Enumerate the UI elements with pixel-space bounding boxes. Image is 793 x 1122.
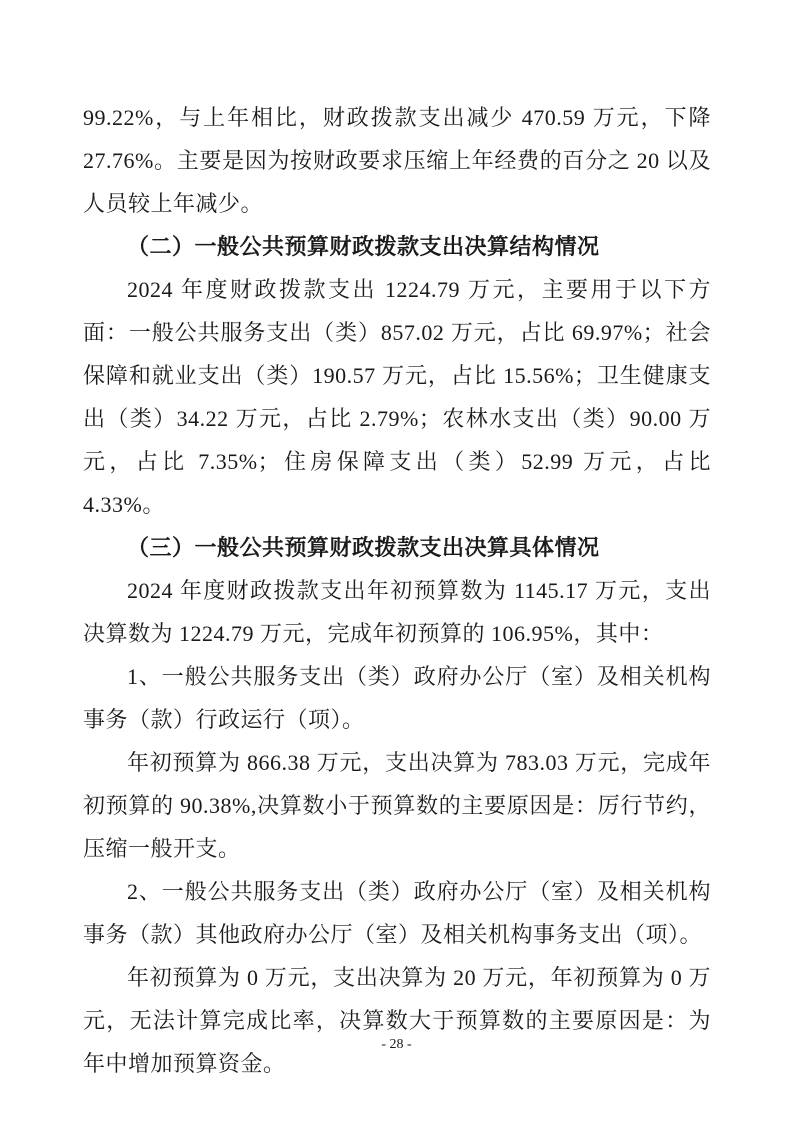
section-heading-3: （三）一般公共预算财政拨款支出决算具体情况: [83, 526, 711, 569]
paragraph-item-1-title: 1、一般公共服务支出（类）政府办公厅（室）及相关机构事务（款）行政运行（项）。: [83, 655, 711, 741]
document-page: 99.22%，与上年相比，财政拨款支出减少 470.59 万元，下降 27.76…: [0, 0, 793, 1122]
page-number: - 28 -: [0, 1035, 793, 1055]
paragraph-expenditure-structure: 2024 年度财政拨款支出 1224.79 万元，主要用于以下方面：一般公共服务…: [83, 268, 711, 526]
section-heading-2: （二）一般公共预算财政拨款支出决算结构情况: [83, 225, 711, 268]
paragraph-item-2-title: 2、一般公共服务支出（类）政府办公厅（室）及相关机构事务（款）其他政府办公厅（室…: [83, 870, 711, 956]
paragraph-continuation: 99.22%，与上年相比，财政拨款支出减少 470.59 万元，下降 27.76…: [83, 96, 711, 225]
paragraph-item-1-detail: 年初预算为 866.38 万元，支出决算为 783.03 万元，完成年初预算的 …: [83, 741, 711, 870]
document-body: 99.22%，与上年相比，财政拨款支出减少 470.59 万元，下降 27.76…: [83, 96, 711, 1085]
paragraph-item-2-detail: 年初预算为 0 万元，支出决算为 20 万元，年初预算为 0 万元，无法计算完成…: [83, 956, 711, 1085]
paragraph-budget-summary: 2024 年度财政拨款支出年初预算数为 1145.17 万元，支出决算数为 12…: [83, 569, 711, 655]
